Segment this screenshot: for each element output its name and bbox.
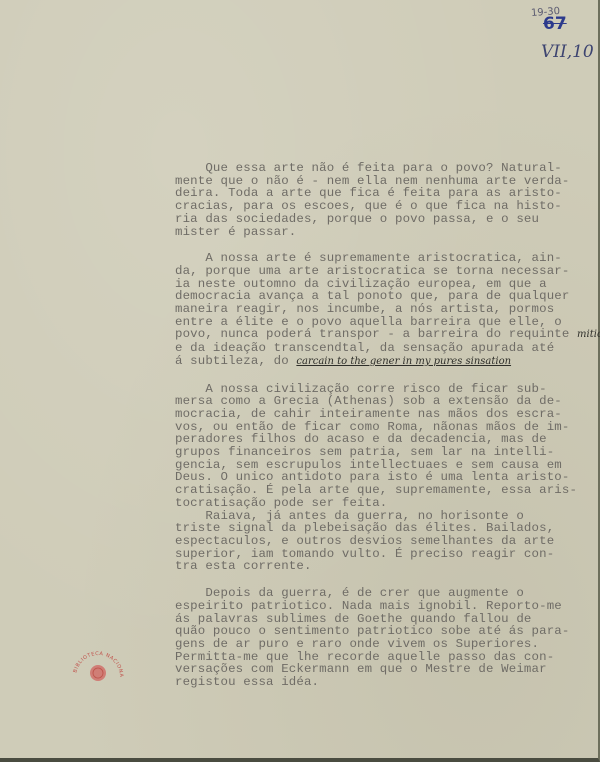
text-segment: povo, nunca poderá transpor - a barreira… (175, 327, 569, 341)
paragraph-1: Que essa arte não é feita para o povo? N… (175, 162, 575, 238)
text-line: grupos financeiros sem patria, sem lar n… (175, 446, 575, 459)
text-line: Depois da guerra, é de crer que augmente… (175, 587, 575, 600)
text-line: quão pouco o sentimento patriotico sobe … (175, 625, 575, 638)
manuscript-page: 19-30 67 VII,10 Que essa arte não é feit… (0, 0, 600, 762)
text-line: Que essa arte não é feita para o povo? N… (175, 162, 575, 175)
text-line: á subtileza, do carcain to the gener in … (175, 355, 575, 369)
text-segment: á subtileza, do (175, 354, 289, 368)
text-line: tra esta corrente. (175, 560, 575, 573)
text-line: espectaculos, e outros desvios semelhant… (175, 535, 575, 548)
folio-number-annotation: 67 (543, 14, 567, 34)
stamp-seal-icon: BIBLIOTECA NACIONAL (70, 647, 126, 683)
paragraph-2: A nossa arte é supremamente aristocratic… (175, 252, 575, 368)
text-line: povo, nunca poderá transpor - a barreira… (175, 328, 575, 342)
paragraph-4: Depois da guerra, é de crer que augmente… (175, 587, 575, 689)
text-line: mocracia, de cahir inteiramente nas mãos… (175, 408, 575, 421)
text-line: espeirito patriotico. Nada mais ignobil.… (175, 600, 575, 613)
text-line: gens de ar puro e raro onde vivem os Sup… (175, 638, 575, 651)
handwritten-insertion: carcain to the gener in my pures sinsati… (296, 356, 511, 367)
paragraph-3: A nossa civilização corre risco de ficar… (175, 383, 575, 574)
text-line: cratisação. É pela arte que, supremament… (175, 484, 575, 497)
text-line: registou essa idéa. (175, 676, 575, 689)
archive-reference-annotation: VII,10 (541, 42, 594, 62)
text-line: tocratisação pode ser feita. (175, 497, 575, 510)
text-line: ria das sociedades, porque o povo passa,… (175, 213, 575, 226)
text-line: mister é passar. (175, 226, 575, 239)
handwritten-margin-note: mitico, (577, 329, 600, 340)
text-line: da, porque uma arte aristocratica se tor… (175, 265, 575, 278)
text-line: cracias, para os escoes, que é o que fic… (175, 200, 575, 213)
library-stamp: BIBLIOTECA NACIONAL (70, 647, 126, 683)
text-line: maneira reagir, nos incumbe, a nós artis… (175, 303, 575, 316)
typewritten-body: Que essa arte não é feita para o povo? N… (175, 162, 575, 703)
